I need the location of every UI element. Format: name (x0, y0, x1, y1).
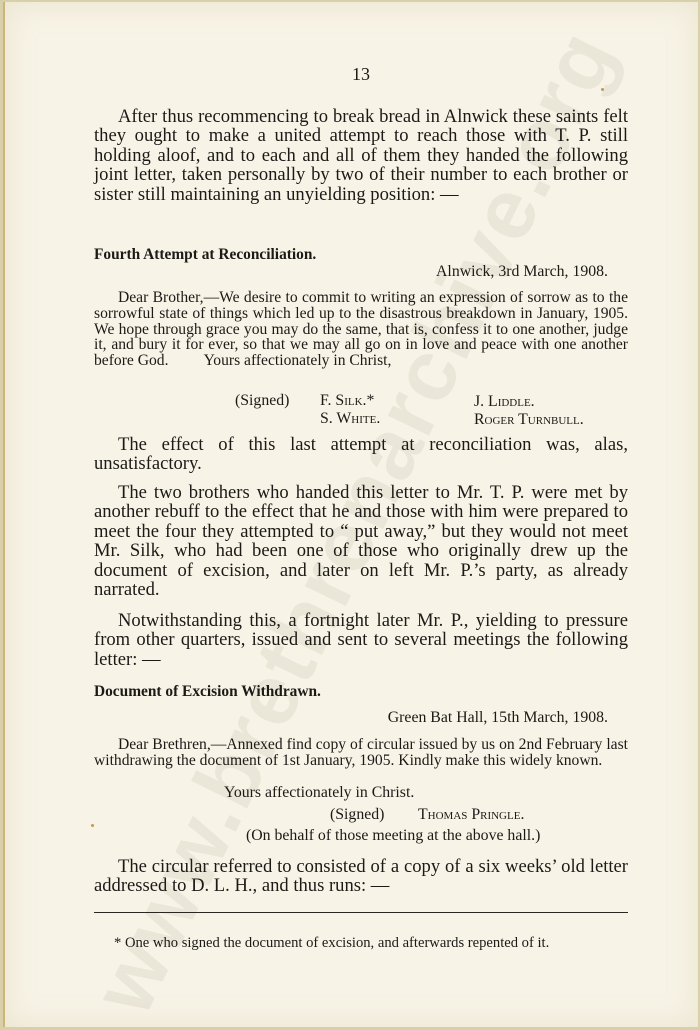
letter-dateline-green-bat-hall: Green Bat Hall, 15th March, 1908. (388, 709, 608, 727)
footnote-divider (94, 912, 628, 913)
book-page: www.brethrenarchive.org 13 After thus re… (3, 2, 698, 1027)
signatory-silk: F. Silk.* (320, 392, 374, 410)
signatory-pringle: Thomas Pringle. (418, 806, 524, 824)
letter-body-dear-brother: Dear Brother,—We desire to commit to wri… (94, 290, 628, 369)
paragraph-effect: The effect of this last attempt at recon… (94, 435, 628, 474)
footnote: * One who signed the document of excisio… (94, 936, 628, 952)
intro-paragraph: After thus recommencing to break bread i… (94, 107, 628, 204)
section-heading-document-withdrawn: Document of Excision Withdrawn. (94, 683, 321, 701)
paper-speck (601, 88, 604, 91)
signatory-turnbull: Roger Turnbull. (474, 411, 584, 429)
letter-body-dear-brethren: Dear Brethren,—Annexed find copy of circ… (94, 737, 628, 769)
on-behalf-note: (On behalf of those meeting at the above… (246, 827, 540, 845)
signed-label: (Signed) (235, 392, 289, 410)
paragraph-circular: The circular referred to consisted of a … (94, 857, 628, 896)
letter-closing: Yours affectionately in Christ, (204, 352, 392, 369)
signatory-liddle: J. Liddle. (474, 393, 535, 411)
paper-speck (91, 824, 94, 827)
paragraph-notwithstanding: Notwithstanding this, a fortnight later … (94, 611, 628, 669)
letter-closing-2: Yours affectionately in Christ. (224, 784, 414, 802)
page-number: 13 (94, 64, 628, 85)
letter-dateline-alnwick: Alnwick, 3rd March, 1908. (436, 263, 608, 281)
signatory-white: S. White. (320, 410, 380, 428)
paragraph-two-brothers: The two brothers who handed this letter … (94, 483, 628, 599)
signed-label-2: (Signed) (330, 806, 384, 824)
section-heading-fourth-attempt: Fourth Attempt at Reconciliation. (94, 246, 316, 264)
